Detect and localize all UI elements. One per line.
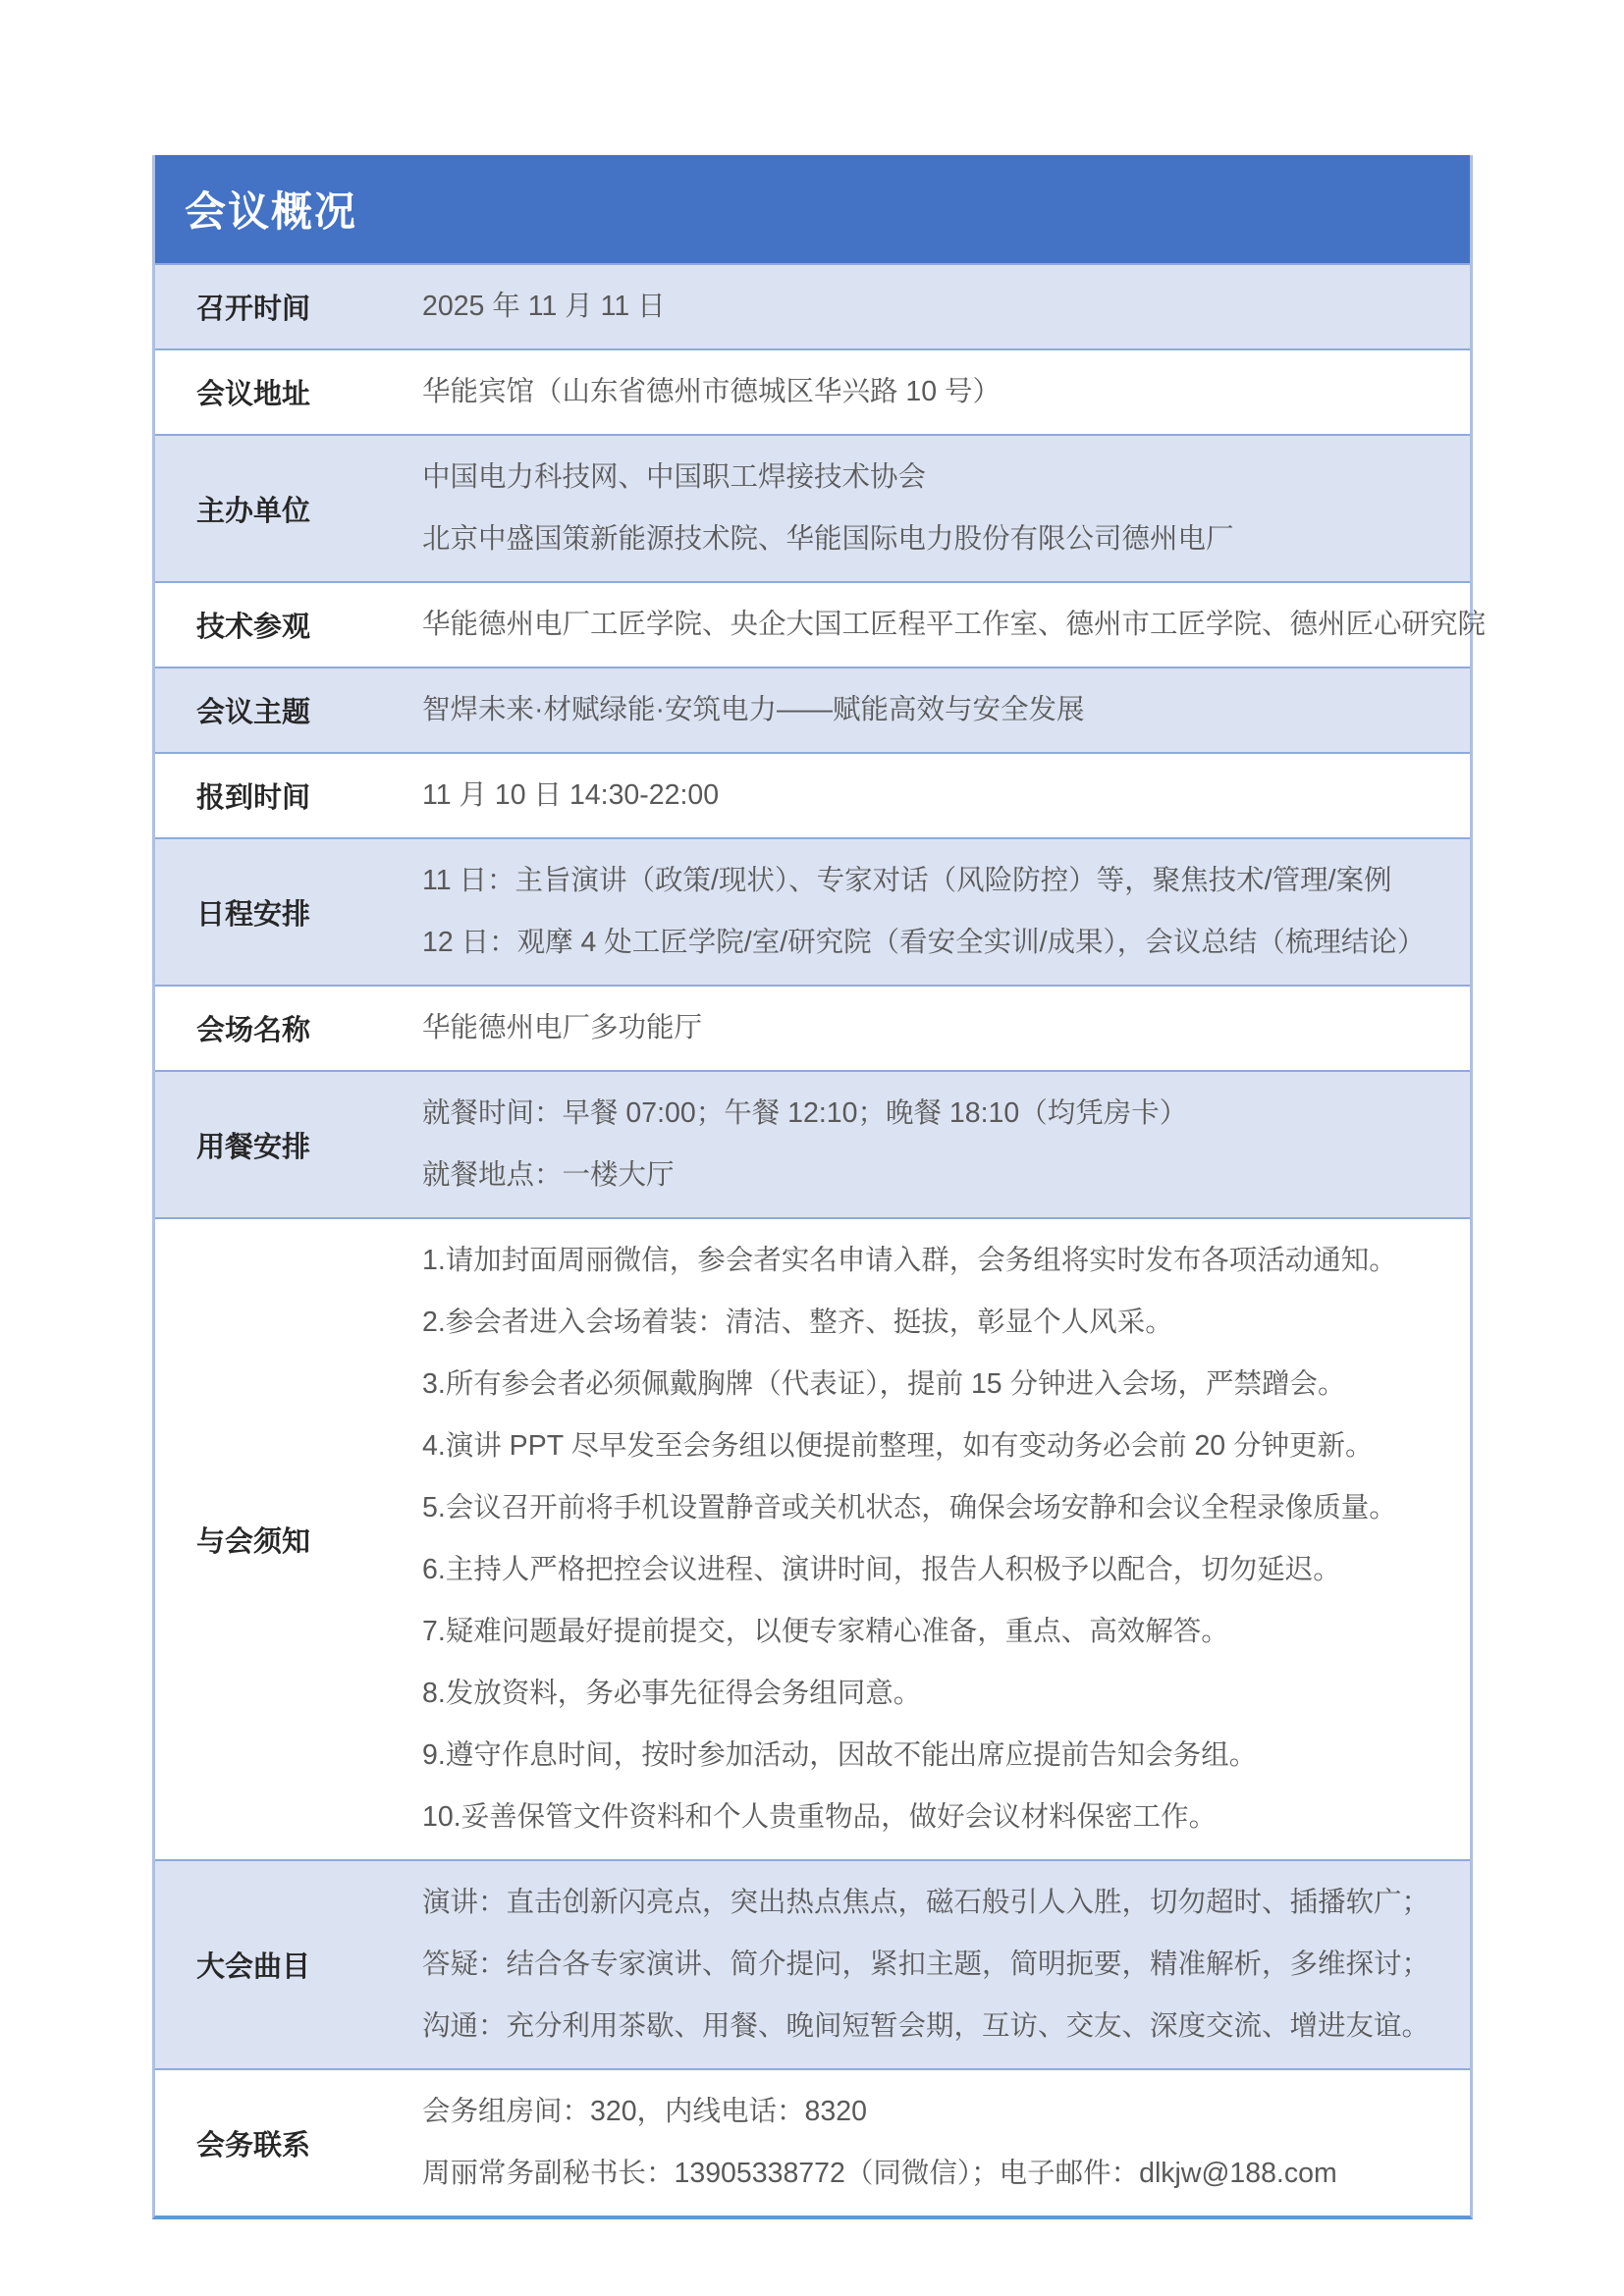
row-label: 日程安排 (155, 839, 422, 985)
row-line: 沟通：充分利用茶歇、用餐、晚间短暂会期，互访、交友、深度交流、增进友谊。 (422, 1996, 1452, 2057)
row-content: 演讲：直击创新闪亮点，突出热点焦点，磁石般引人入胜，切勿超时、插播软广；答疑：结… (422, 1861, 1470, 2068)
row-label: 用餐安排 (155, 1072, 422, 1217)
table-title-bar: 会议概况 (155, 155, 1470, 263)
row-line: 智焊未来·材赋绿能·安筑电力——赋能高效与安全发展 (422, 679, 1452, 741)
row-line: 周丽常务副秘书长：13905338772（同微信）；电子邮件：dlkjw@188… (422, 2143, 1452, 2205)
row-line: 5.会议召开前将手机设置静音或关机状态，确保会场安静和会议全程录像质量。 (422, 1477, 1452, 1539)
page-title: 会议概况 (185, 188, 357, 235)
row-content: 11 日：主旨演讲（政策/现状）、专家对话（风险防控）等，聚焦技术/管理/案例1… (422, 839, 1470, 985)
table-row: 技术参观 华能德州电厂工匠学院、央企大国工匠程平工作室、德州市工匠学院、德州匠心… (155, 581, 1470, 667)
row-content: 华能德州电厂多功能厅 (422, 987, 1470, 1070)
row-line: 华能德州电厂工匠学院、央企大国工匠程平工作室、德州市工匠学院、德州匠心研究院 (422, 594, 1486, 656)
row-content: 会务组房间：320，内线电话：8320周丽常务副秘书长：13905338772（… (422, 2070, 1470, 2216)
row-line: 12 日：观摩 4 处工匠学院/室/研究院（看安全实训/成果），会议总结（梳理结… (422, 912, 1452, 974)
row-line: 北京中盛国策新能源技术院、华能国际电力股份有限公司德州电厂 (422, 508, 1452, 570)
row-line: 9.遵守作息时间，按时参加活动，因故不能出席应提前告知会务组。 (422, 1725, 1452, 1787)
table-row: 主办单位 中国电力科技网、中国职工焊接技术协会北京中盛国策新能源技术院、华能国际… (155, 434, 1470, 581)
row-line: 11 日：主旨演讲（政策/现状）、专家对话（风险防控）等，聚焦技术/管理/案例 (422, 850, 1452, 912)
row-content: 中国电力科技网、中国职工焊接技术协会北京中盛国策新能源技术院、华能国际电力股份有… (422, 436, 1470, 581)
row-line: 2.参会者进入会场着装：清洁、整齐、挺拔，彰显个人风采。 (422, 1292, 1452, 1354)
row-content: 就餐时间：早餐 07:00；午餐 12:10；晚餐 18:10（均凭房卡）就餐地… (422, 1072, 1470, 1217)
table-row: 召开时间 2025 年 11 月 11 日 (155, 263, 1470, 348)
row-label: 大会曲目 (155, 1861, 422, 2068)
row-content: 华能宾馆（山东省德州市德城区华兴路 10 号） (422, 350, 1470, 434)
row-label: 技术参观 (155, 583, 422, 667)
row-line: 就餐地点：一楼大厅 (422, 1145, 1452, 1206)
row-line: 会务组房间：320，内线电话：8320 (422, 2081, 1452, 2143)
table-row: 用餐安排 就餐时间：早餐 07:00；午餐 12:10；晚餐 18:10（均凭房… (155, 1070, 1470, 1217)
row-line: 10.妥善保管文件资料和个人贵重物品，做好会议材料保密工作。 (422, 1787, 1452, 1848)
row-line: 答疑：结合各专家演讲、简介提问，紧扣主题，简明扼要，精准解析，多维探讨； (422, 1934, 1452, 1996)
table-row: 会议地址 华能宾馆（山东省德州市德城区华兴路 10 号） (155, 348, 1470, 434)
row-line: 6.主持人严格把控会议进程、演讲时间，报告人积极予以配合，切勿延迟。 (422, 1539, 1452, 1601)
row-label: 与会须知 (155, 1219, 422, 1859)
row-line: 中国电力科技网、中国职工焊接技术协会 (422, 447, 1452, 508)
row-label: 召开时间 (155, 265, 422, 348)
table-row: 与会须知 1.请加封面周丽微信，参会者实名申请入群，会务组将实时发布各项活动通知… (155, 1217, 1470, 1859)
row-label: 报到时间 (155, 754, 422, 837)
conference-overview-table: 会议概况 召开时间 2025 年 11 月 11 日 会议地址 华能宾馆（山东省… (152, 155, 1473, 2219)
row-line: 华能宾馆（山东省德州市德城区华兴路 10 号） (422, 361, 1452, 423)
row-line: 11 月 10 日 14:30-22:00 (422, 765, 1452, 827)
row-line: 华能德州电厂多功能厅 (422, 997, 1452, 1059)
row-line: 就餐时间：早餐 07:00；午餐 12:10；晚餐 18:10（均凭房卡） (422, 1083, 1452, 1145)
row-label: 会议主题 (155, 668, 422, 752)
row-content: 2025 年 11 月 11 日 (422, 265, 1470, 348)
row-line: 3.所有参会者必须佩戴胸牌（代表证），提前 15 分钟进入会场，严禁蹭会。 (422, 1354, 1452, 1415)
row-label: 会议地址 (155, 350, 422, 434)
table-row: 报到时间 11 月 10 日 14:30-22:00 (155, 752, 1470, 837)
row-label: 主办单位 (155, 436, 422, 581)
row-label: 会务联系 (155, 2070, 422, 2216)
table-row: 会场名称 华能德州电厂多功能厅 (155, 985, 1470, 1070)
row-line: 演讲：直击创新闪亮点，突出热点焦点，磁石般引人入胜，切勿超时、插播软广； (422, 1872, 1452, 1934)
row-label: 会场名称 (155, 987, 422, 1070)
row-content: 11 月 10 日 14:30-22:00 (422, 754, 1470, 837)
row-content: 智焊未来·材赋绿能·安筑电力——赋能高效与安全发展 (422, 668, 1470, 752)
table-row: 会议主题 智焊未来·材赋绿能·安筑电力——赋能高效与安全发展 (155, 667, 1470, 752)
row-line: 1.请加封面周丽微信，参会者实名申请入群，会务组将实时发布各项活动通知。 (422, 1230, 1452, 1292)
table-body: 召开时间 2025 年 11 月 11 日 会议地址 华能宾馆（山东省德州市德城… (155, 263, 1470, 2216)
table-row: 会务联系 会务组房间：320，内线电话：8320周丽常务副秘书长：1390533… (155, 2068, 1470, 2216)
row-line: 4.演讲 PPT 尽早发至会务组以便提前整理，如有变动务必会前 20 分钟更新。 (422, 1415, 1452, 1477)
table-row: 日程安排 11 日：主旨演讲（政策/现状）、专家对话（风险防控）等，聚焦技术/管… (155, 837, 1470, 985)
row-line: 2025 年 11 月 11 日 (422, 276, 1452, 338)
row-content: 1.请加封面周丽微信，参会者实名申请入群，会务组将实时发布各项活动通知。2.参会… (422, 1219, 1470, 1859)
row-line: 7.疑难问题最好提前提交，以便专家精心准备，重点、高效解答。 (422, 1601, 1452, 1663)
row-line: 8.发放资料，务必事先征得会务组同意。 (422, 1663, 1452, 1725)
document-page: 会议概况 召开时间 2025 年 11 月 11 日 会议地址 华能宾馆（山东省… (0, 0, 1624, 2296)
row-content: 华能德州电厂工匠学院、央企大国工匠程平工作室、德州市工匠学院、德州匠心研究院 (422, 583, 1503, 667)
table-row: 大会曲目 演讲：直击创新闪亮点，突出热点焦点，磁石般引人入胜，切勿超时、插播软广… (155, 1859, 1470, 2068)
